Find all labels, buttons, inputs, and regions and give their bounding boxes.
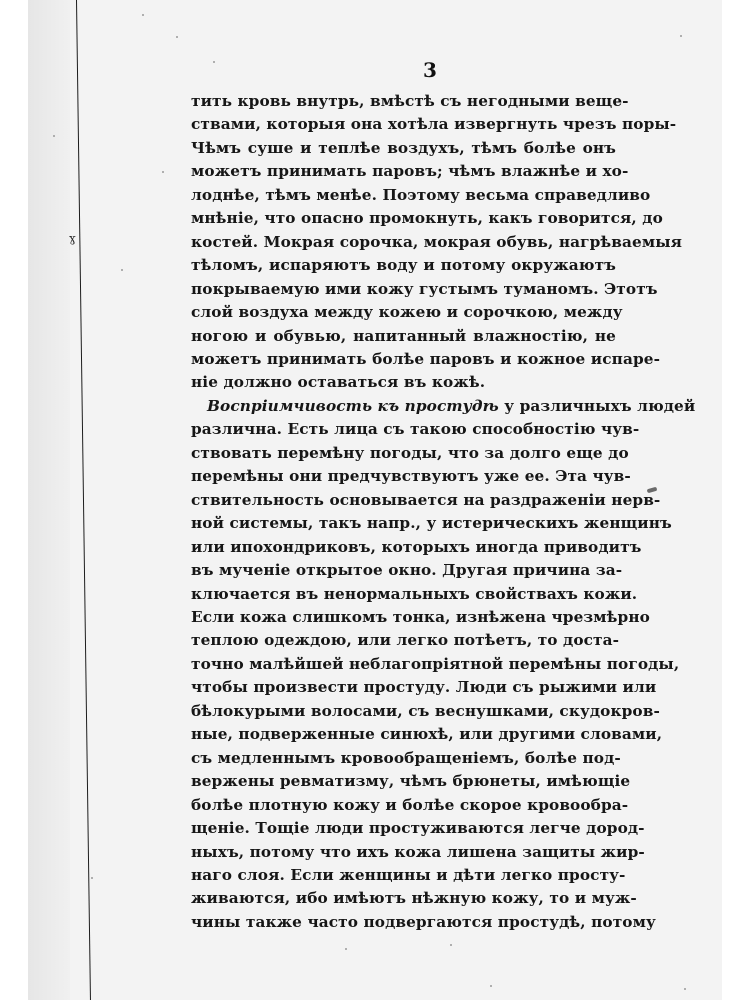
text-line: Если кожа слишкомъ тонка, изнѣжена чрезм…	[191, 606, 616, 629]
text-line: костей. Мокрая сорочка, мокрая обувь, на…	[191, 231, 616, 254]
italic-heading: Воспріимчивость къ простудѣ	[207, 397, 499, 415]
dust-speck	[680, 35, 682, 37]
body-text: тить кровь внутрь, вмѣстѣ съ негодными в…	[191, 90, 616, 934]
text-line: ключается въ ненормальныхъ свойствахъ ко…	[191, 583, 616, 606]
page-gutter-shadow	[28, 0, 70, 1000]
text-line: точно малѣйшей неблагопріятной перемѣны …	[191, 653, 616, 676]
text-line: наго слоя. Если женщины и дѣти легко про…	[191, 864, 616, 887]
text-line: лоднѣе, тѣмъ менѣе. Поэтому весьма справ…	[191, 184, 616, 207]
dust-speck	[53, 135, 55, 137]
text-line: щеніе. Тощіе люди простуживаются легче д…	[191, 817, 616, 840]
text-line: теплою одеждою, или легко потѣетъ, то до…	[191, 629, 616, 652]
text-line: ногою и обувью, напитанный влажностію, н…	[191, 325, 616, 348]
text-line: въ мученіе открытое окно. Другая причина…	[191, 559, 616, 582]
text-line: ныхъ, потому что ихъ кожа лишена защиты …	[191, 841, 616, 864]
text-line: тить кровь внутрь, вмѣстѣ съ негодными в…	[191, 90, 616, 113]
text-line: ные, подверженные синюхѣ, или другими сл…	[191, 723, 616, 746]
margin-mark: ɣ	[69, 234, 79, 243]
dust-speck	[91, 877, 93, 879]
text-line: Чѣмъ суше и теплѣе воздухъ, тѣмъ болѣе о…	[191, 137, 616, 160]
page-number: 3	[0, 58, 750, 82]
text-line: ніе должно оставаться въ кожѣ.	[191, 371, 616, 394]
text-line: чины также часто подвергаются простудѣ, …	[191, 911, 616, 934]
text-line: различна. Есть лица съ такою способності…	[191, 418, 616, 441]
paragraph-2-lead-rest: у различныхъ людей	[499, 397, 696, 415]
text-line: ной системы, такъ напр., у истерическихъ…	[191, 512, 616, 535]
dust-speck	[345, 948, 347, 950]
text-line: можетъ принимать болѣе паровъ и кожное и…	[191, 348, 616, 371]
paragraph-2-first-line: Воспріимчивость къ простудѣ у различныхъ…	[191, 395, 616, 418]
dust-speck	[142, 14, 144, 16]
text-line: вержены ревматизму, чѣмъ брюнеты, имѣющі…	[191, 770, 616, 793]
text-line: бѣлокурыми волосами, съ веснушками, скуд…	[191, 700, 616, 723]
text-line: ствовать перемѣну погоды, что за долго е…	[191, 442, 616, 465]
text-line: тѣломъ, испаряютъ воду и потому окружают…	[191, 254, 616, 277]
text-line: можетъ принимать паровъ; чѣмъ влажнѣе и …	[191, 160, 616, 183]
paragraph-1: тить кровь внутрь, вмѣстѣ съ негодными в…	[191, 90, 616, 395]
text-line: покрываемую ими кожу густымъ туманомъ. Э…	[191, 278, 616, 301]
dust-speck	[121, 269, 123, 271]
dust-speck	[490, 985, 492, 987]
text-line: слой воздуха между кожею и сорочкою, меж…	[191, 301, 616, 324]
paragraph-2: различна. Есть лица съ такою способності…	[191, 418, 616, 934]
text-line: живаются, ибо имѣютъ нѣжную кожу, то и м…	[191, 887, 616, 910]
text-line: ствительность основывается на раздражені…	[191, 489, 616, 512]
dust-speck	[162, 171, 164, 173]
dust-speck	[450, 944, 452, 946]
text-line: съ медленнымъ кровообращеніемъ, болѣе по…	[191, 747, 616, 770]
text-line: чтобы произвести простуду. Люди съ рыжим…	[191, 676, 616, 699]
dust-speck	[684, 988, 686, 990]
dust-speck	[176, 36, 178, 38]
text-line: перемѣны они предчувствуютъ уже ее. Эта …	[191, 465, 616, 488]
text-line: ствами, которыя она хотѣла извергнуть чр…	[191, 113, 616, 136]
text-line: болѣе плотную кожу и болѣе скорое кровоо…	[191, 794, 616, 817]
text-line: или ипохондриковъ, которыхъ иногда приво…	[191, 536, 616, 559]
text-line: мнѣніе, что опасно промокнуть, какъ гово…	[191, 207, 616, 230]
